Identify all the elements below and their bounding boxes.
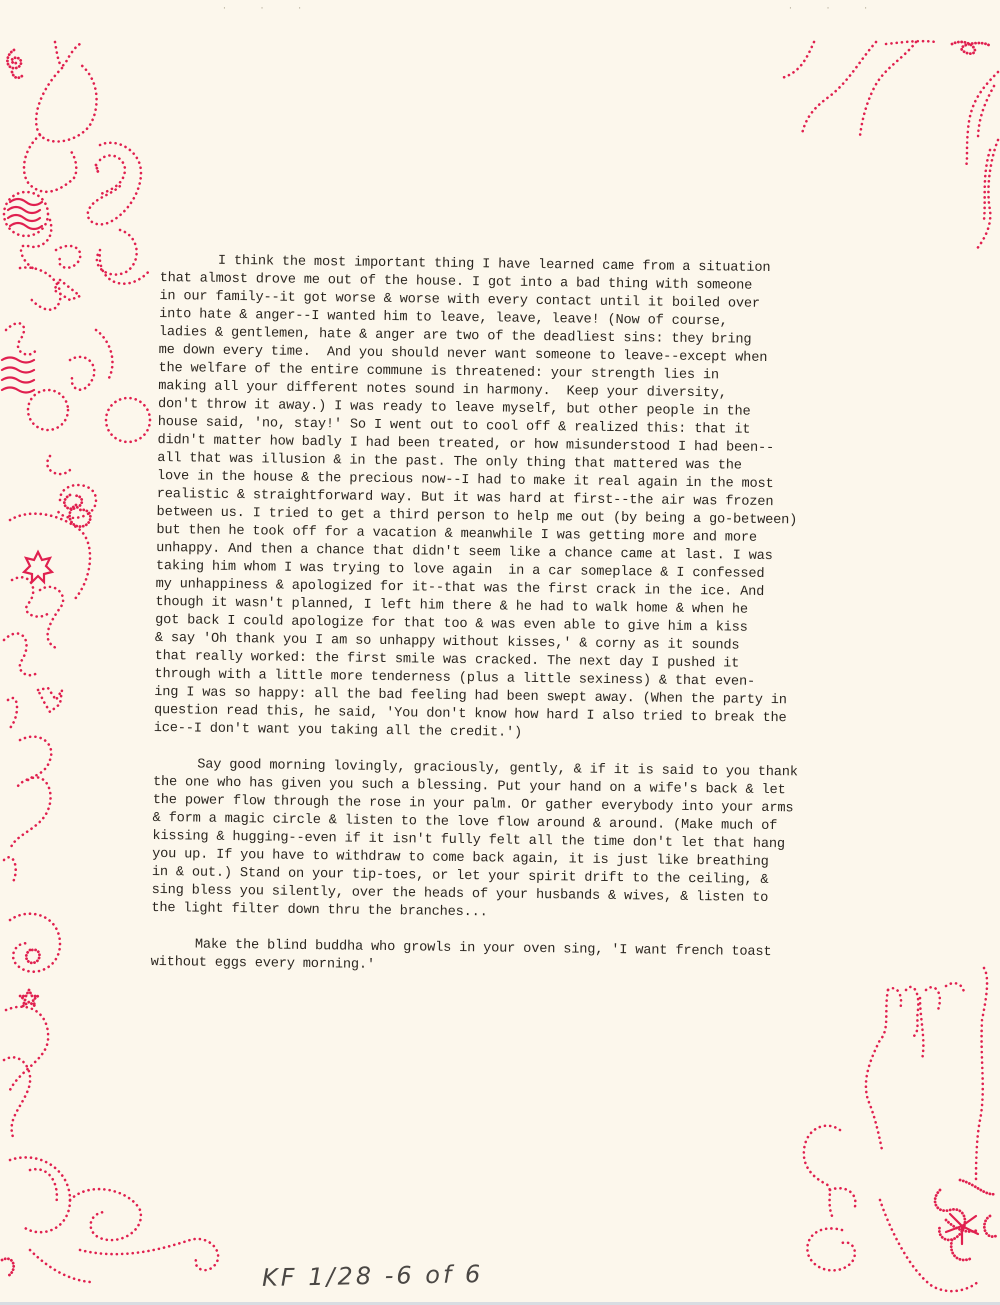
document-page: · · · · · ·	[0, 0, 1000, 1305]
paragraph-good-morning: Say good morning lovingly, graciously, g…	[151, 756, 843, 927]
paragraph-blind-buddha: Make the blind buddha who growls in your…	[151, 936, 841, 981]
handwritten-page-note: KF 1/28 -6 of 6	[262, 1260, 484, 1292]
left-mid-ornament	[4, 505, 90, 884]
top-left-ornament	[2, 42, 150, 518]
bottom-right-ornament	[804, 968, 996, 1291]
typed-letter-body: I think the most important thing I have …	[150, 252, 850, 999]
paragraph-learning-story: I think the most important thing I have …	[154, 252, 850, 747]
top-right-ornament	[782, 41, 998, 250]
